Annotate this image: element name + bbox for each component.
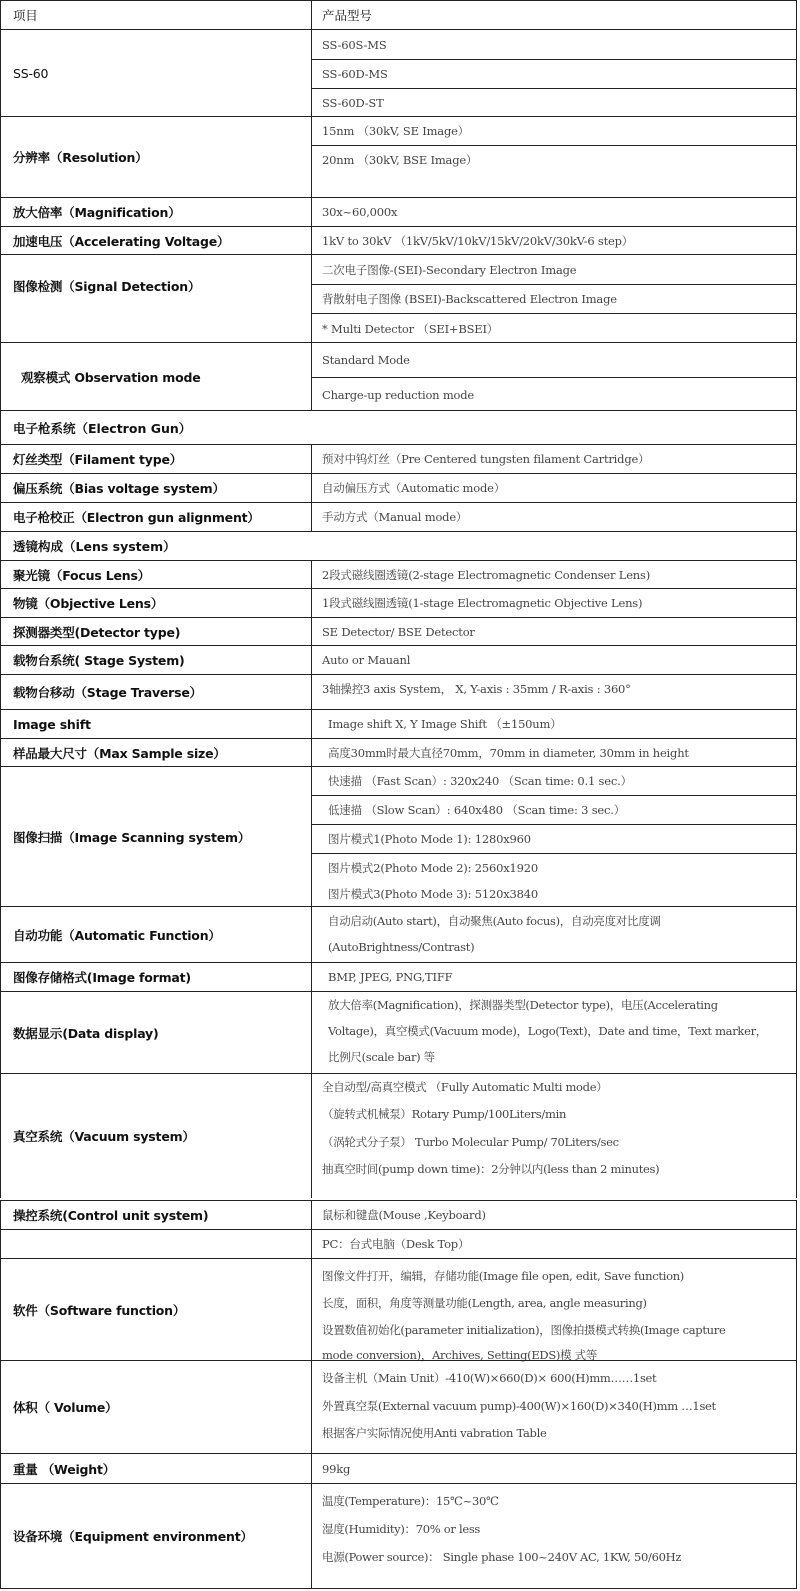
cell-line: 电源(Power source)： Single phase 100~240V … [322,1549,792,1565]
cell-line: 抽真空时间(pump down time)：2分钟以内(less than 2 … [322,1161,792,1177]
cell-value: * Multi Detector （SEI+BSEI） [312,313,796,343]
cell-value: 2段式磁线圈透镜(2-stage Electromagnetic Condens… [312,561,796,588]
row-label: 图像存储格式(Image format) [1,963,312,991]
cell-value: 低速描 （Slow Scan）: 640x480 （Scan time: 3 s… [312,795,796,824]
row-label: 载物台系统( Stage System) [1,646,312,674]
row-label: 自动功能（Automatic Function） [1,907,312,962]
row-label: 图像扫描（Image Scanning system） [1,767,312,906]
table-row-control-unit: 操控系统(Control unit system) 鼠标和键盘(Mouse ,K… [0,1200,797,1229]
row-label: Image shift [1,710,312,738]
table-row-stage-traverse: 载物台移动（Stage Traverse） 3轴操控3 axis System，… [0,674,797,709]
row-label: 重量 （Weight） [1,1454,312,1483]
table-row-objective-lens: 物镜（Objective Lens） 1段式磁线圈透镜(1-stage Elec… [0,588,797,617]
table-row-resolution: 分辨率（Resolution） 15nm （30kV, SE Image） 20… [0,116,797,197]
cell-line: 湿度(Humidity)：70% or less [322,1521,792,1537]
row-label: 样品最大尺寸（Max Sample size） [1,739,312,766]
cell-line: 自动启动(Auto start)，自动聚焦(Auto focus)，自动亮度对比… [328,913,792,929]
table-row-max-sample: 样品最大尺寸（Max Sample size） 高度30mm时最大直径70mm，… [0,738,797,766]
table-row-environment: 设备环境（Equipment environment） 温度(Temperatu… [0,1483,797,1589]
cell-line: 全自动型/高真空模式 （Fully Automatic Multi mode） [322,1079,792,1095]
cell-value: SS-60S-MS [312,30,796,59]
cell-value: 手动方式（Manual mode） [312,503,796,531]
cell-value: 3轴操控3 axis System， X, Y-axis : 35mm / R-… [312,675,796,703]
row-label: 探测器类型(Detector type) [1,618,312,645]
cell-line: 比例尺(scale bar) 等 [328,1049,792,1065]
row-label: 灯丝类型（Filament type） [1,445,312,473]
table-header: 项目 产品型号 [0,0,797,29]
section-label: 电子枪系统（Electron Gun） [1,411,796,444]
table-row-vacuum: 真空系统（Vacuum system） 全自动型/高真空模式 （Fully Au… [0,1073,797,1198]
cell-value: Auto or Mauanl [312,646,796,674]
cell-line: （涡轮式分子泵） Turbo Molecular Pump/ 70Liters/… [322,1134,792,1150]
cell-line: 设备主机（Main Unit）-410(W)×660(D)× 600(H)mm…… [322,1370,792,1386]
cell-value: 预对中钨灯丝（Pre Centered tungsten filament Ca… [312,445,796,473]
cell-value: 1kV to 30kV （1kV/5kV/10kV/15kV/20kV/30kV… [312,227,796,254]
table-row-automatic-function: 自动功能（Automatic Function） 自动启动(Auto start… [0,906,797,962]
row-label: 设备环境（Equipment environment） [1,1484,312,1588]
cell-value: BMP, JPEG, PNG,TIFF [312,963,796,991]
cell-value: 快速描 （Fast Scan）: 320x240 （Scan time: 0.1… [312,767,796,795]
table-row-model: SS-60 SS-60S-MS SS-60D-MS SS-60D-ST [0,29,797,116]
table-row-image-scanning: 图像扫描（Image Scanning system） 快速描 （Fast Sc… [0,766,797,906]
table-row-image-shift: Image shift Image shift X, Y Image Shift… [0,709,797,738]
cell-value: 图片模式3(Photo Mode 3): 5120x3840 [312,881,796,907]
row-label: 电子枪校正（Electron gun alignment） [1,503,312,531]
row-label: 操控系统(Control unit system) [1,1201,312,1229]
cell-value: 自动偏压方式（Automatic mode） [312,474,796,502]
table-row-data-display: 数据显示(Data display) 放大倍率(Magnification)，探… [0,991,797,1073]
table-row-voltage: 加速电压（Accelerating Voltage） 1kV to 30kV （… [0,226,797,254]
row-label: 真空系统（Vacuum system） [1,1074,312,1198]
cell-value: 图片模式1(Photo Mode 1): 1280x960 [312,824,796,853]
cell-value: 二次电子图像-(SEI)-Secondary Electron Image [312,255,796,284]
cell-value: 20nm （30kV, BSE Image） [312,145,796,173]
cell-value: SS-60D-MS [312,59,796,88]
cell-value: 30x~60,000x [312,198,796,226]
table-row-image-format: 图像存储格式(Image format) BMP, JPEG, PNG,TIFF [0,962,797,991]
table-row-detector: 探测器类型(Detector type) SE Detector/ BSE De… [0,617,797,645]
table-row-filament: 灯丝类型（Filament type） 预对中钨灯丝（Pre Centered … [0,444,797,473]
row-label: 加速电压（Accelerating Voltage） [1,227,312,254]
header-item: 项目 [1,1,312,29]
table-row-software: 软件（Software function） 图像文件打开，编辑，存储功能(Ima… [0,1258,797,1360]
cell-value: PC：台式电脑（Desk Top） [312,1230,796,1258]
row-label: 偏压系统（Bias voltage system） [1,474,312,502]
cell-line: 图像文件打开，编辑，存储功能(Image file open, edit, Sa… [322,1268,792,1284]
cell-line: （旋转式机械泵）Rotary Pump/100Liters/min [322,1106,792,1122]
cell-value: 1段式磁线圈透镜(1-stage Electromagnetic Objecti… [312,589,796,617]
row-label: SS-60 [1,30,312,116]
row-label: 体积（ Volume） [1,1361,312,1453]
row-label: 聚光镜（Focus Lens） [1,561,312,588]
cell-line: Voltage)，真空模式(Vacuum mode)，Logo(Text)，Da… [328,1023,792,1039]
table-row-magnification: 放大倍率（Magnification） 30x~60,000x [0,197,797,226]
table-row-focus-lens: 聚光镜（Focus Lens） 2段式磁线圈透镜(2-stage Electro… [0,560,797,588]
section-electron-gun: 电子枪系统（Electron Gun） [0,410,797,444]
row-label: 图像检测（Signal Detection） [1,255,312,342]
table-row-alignment: 电子枪校正（Electron gun alignment） 手动方式（Manua… [0,502,797,531]
cell-value: Image shift X, Y Image Shift （±150um） [312,710,796,738]
row-label: 观察模式 Observation mode [1,343,312,410]
cell-value: SE Detector/ BSE Detector [312,618,796,645]
row-label: 载物台移动（Stage Traverse） [1,675,312,709]
table-row-volume: 体积（ Volume） 设备主机（Main Unit）-410(W)×660(D… [0,1360,797,1453]
row-label: 物镜（Objective Lens） [1,589,312,617]
section-label: 透镜构成（Lens system） [1,532,796,560]
table-row-bias: 偏压系统（Bias voltage system） 自动偏压方式（Automat… [0,473,797,502]
row-label: 数据显示(Data display) [1,992,312,1073]
cell-value: 15nm （30kV, SE Image） [312,117,796,145]
cell-line: 长度，面积，角度等测量功能(Length, area, angle measur… [322,1295,792,1311]
table-row-pc: PC：台式电脑（Desk Top） [0,1229,797,1258]
row-label: 分辨率（Resolution） [1,117,312,197]
table-row-observation: 观察模式 Observation mode Standard Mode Char… [0,342,797,410]
row-label: 软件（Software function） [1,1259,312,1360]
table-row-stage-system: 载物台系统( Stage System) Auto or Mauanl [0,645,797,674]
cell-value: 背散射电子图像 (BSEI)-Backscattered Electron Im… [312,284,796,313]
cell-line: 放大倍率(Magnification)，探测器类型(Detector type)… [328,997,792,1013]
cell-value: 99kg [312,1454,796,1483]
header-model: 产品型号 [312,1,796,29]
table-row-signal-detection: 图像检测（Signal Detection） 二次电子图像-(SEI)-Seco… [0,254,797,342]
cell-value: 高度30mm时最大直径70mm，70mm in diameter, 30mm i… [312,739,796,766]
cell-value: 图片模式2(Photo Mode 2): 2560x1920 [312,853,796,881]
table-row-weight: 重量 （Weight） 99kg [0,1453,797,1483]
cell-line: (AutoBrightness/Contrast) [328,940,792,954]
section-lens-system: 透镜构成（Lens system） [0,531,797,560]
row-label: 放大倍率（Magnification） [1,198,312,226]
cell-value: 鼠标和键盘(Mouse ,Keyboard) [312,1201,796,1229]
row-label [1,1230,312,1258]
cell-value: Standard Mode [312,343,796,377]
cell-value: SS-60D-ST [312,88,796,117]
cell-line: 设置数值初始化(parameter initialization)，图像拍摄模式… [322,1322,792,1338]
cell-line: 温度(Temperature)：15℃~30℃ [322,1493,792,1509]
cell-value: Charge-up reduction mode [312,377,796,411]
cell-line: 根据客户实际情况使用Anti vabration Table [322,1425,792,1441]
cell-line: 外置真空泵(External vacuum pump)-400(W)×160(D… [322,1398,792,1414]
